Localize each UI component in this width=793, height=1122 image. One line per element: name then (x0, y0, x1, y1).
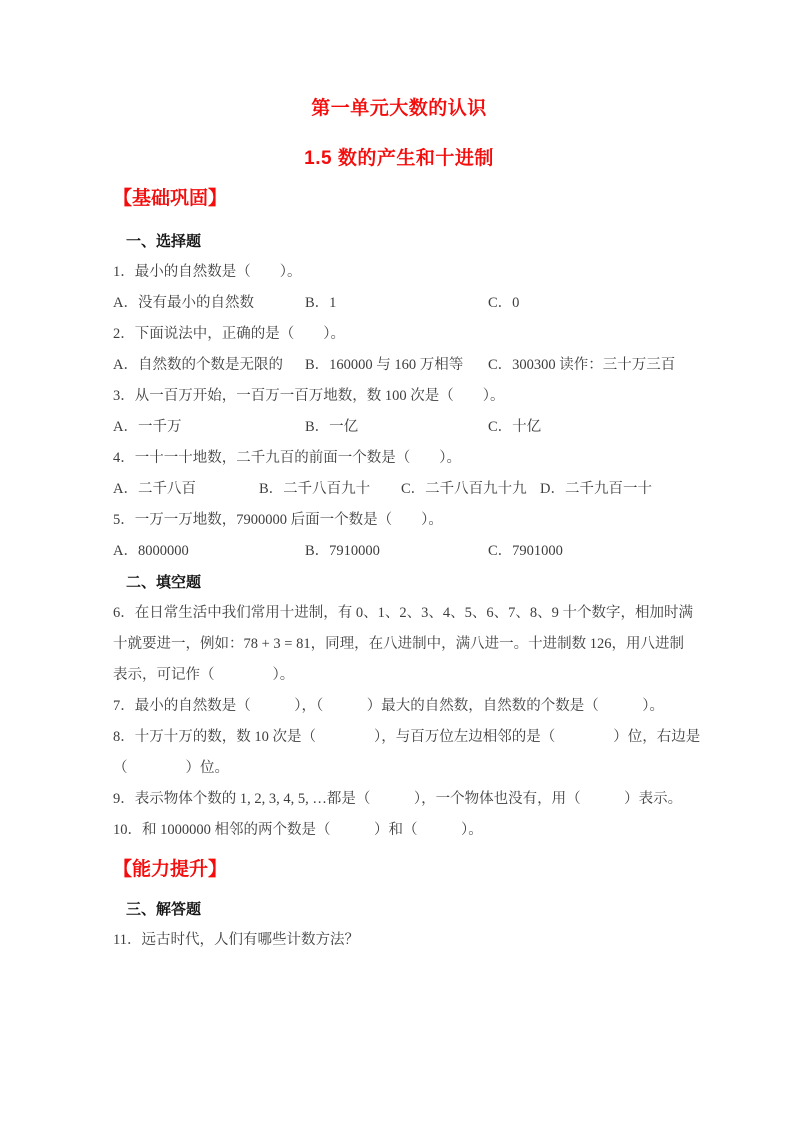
worksheet-body: 一、选择题 1．最小的自然数是（ ）。 A．没有最小的自然数 B．1 C．0 2… (113, 226, 685, 846)
lesson-title: 1.5 数的产生和十进制 (113, 148, 685, 169)
question-2-option-b: B．160000 与 160 万相等 (305, 350, 463, 381)
question-8-line-1: 8．十万十万的数，数 10 次是（ ），与百万位左边相邻的是（ ）位，右边是 (113, 722, 685, 753)
part2-heading: 二、填空题 (113, 567, 685, 598)
question-4-option-c: C．二千八百九十九 (401, 474, 527, 505)
question-1-option-a: A．没有最小的自然数 (113, 288, 254, 319)
question-5-option-c: C．7901000 (488, 536, 563, 567)
question-4-option-a: A．二千八百 (113, 474, 196, 505)
question-3-option-a: A．一千万 (113, 412, 181, 443)
question-6-line-2: 十就要进一，例如：78 + 3 = 81，同理，在八进制中，满八进一。十进制数 … (113, 629, 685, 660)
question-3-option-c: C．十亿 (488, 412, 541, 443)
question-3-text: 3．从一百万开始，一百万一百万地数，数 100 次是（ ）。 (113, 381, 685, 412)
question-4-options: A．二千八百 B．二千八百九十 C．二千八百九十九 D．二千九百一十 (113, 474, 685, 505)
question-1-option-c: C．0 (488, 288, 519, 319)
question-6-line-3: 表示，可记作（ ）。 (113, 660, 685, 691)
question-1-text: 1．最小的自然数是（ ）。 (113, 257, 685, 288)
question-4-option-d: D．二千九百一十 (540, 474, 652, 505)
question-1-options: A．没有最小的自然数 B．1 C．0 (113, 288, 685, 319)
question-5-text: 5．一万一万地数，7900000 后面一个数是（ ）。 (113, 505, 685, 536)
question-4-text: 4．一十一十地数，二千九百的前面一个数是（ ）。 (113, 443, 685, 474)
part1-heading: 一、选择题 (113, 226, 685, 257)
question-2-options: A．自然数的个数是无限的 B．160000 与 160 万相等 C．300300… (113, 350, 685, 381)
worksheet-page: 第一单元大数的认识 1.5 数的产生和十进制 【基础巩固】 一、选择题 1．最小… (0, 0, 793, 1122)
question-2-option-c: C．300300 读作：三十万三百 (488, 350, 675, 381)
question-6-line-1: 6．在日常生活中我们常用十进制，有 0、1、2、3、4、5、6、7、8、9 十个… (113, 598, 685, 629)
question-5-option-b: B．7910000 (305, 536, 380, 567)
question-3-options: A．一千万 B．一亿 C．十亿 (113, 412, 685, 443)
question-3-option-b: B．一亿 (305, 412, 358, 443)
section-advanced-banner: 【能力提升】 (113, 853, 685, 887)
unit-title: 第一单元大数的认识 (113, 98, 685, 119)
question-2-option-a: A．自然数的个数是无限的 (113, 350, 283, 381)
question-9-text: 9．表示物体个数的 1, 2, 3, 4, 5, …都是（ ），一个物体也没有，… (113, 784, 685, 815)
question-8-line-2: （ ）位。 (113, 753, 685, 784)
part3-heading: 三、解答题 (113, 894, 685, 925)
question-11-text: 11．远古时代，人们有哪些计数方法？ (113, 925, 685, 956)
question-10-text: 10．和 1000000 相邻的两个数是（ ）和（ ）。 (113, 815, 685, 846)
section-basic-banner: 【基础巩固】 (113, 186, 685, 211)
question-5-options: A．8000000 B．7910000 C．7901000 (113, 536, 685, 567)
question-5-option-a: A．8000000 (113, 536, 189, 567)
question-4-option-b: B．二千八百九十 (259, 474, 370, 505)
question-2-text: 2．下面说法中，正确的是（ ）。 (113, 319, 685, 350)
question-1-option-b: B．1 (305, 288, 336, 319)
question-7-text: 7．最小的自然数是（ ），（ ）最大的自然数，自然数的个数是（ ）。 (113, 691, 685, 722)
